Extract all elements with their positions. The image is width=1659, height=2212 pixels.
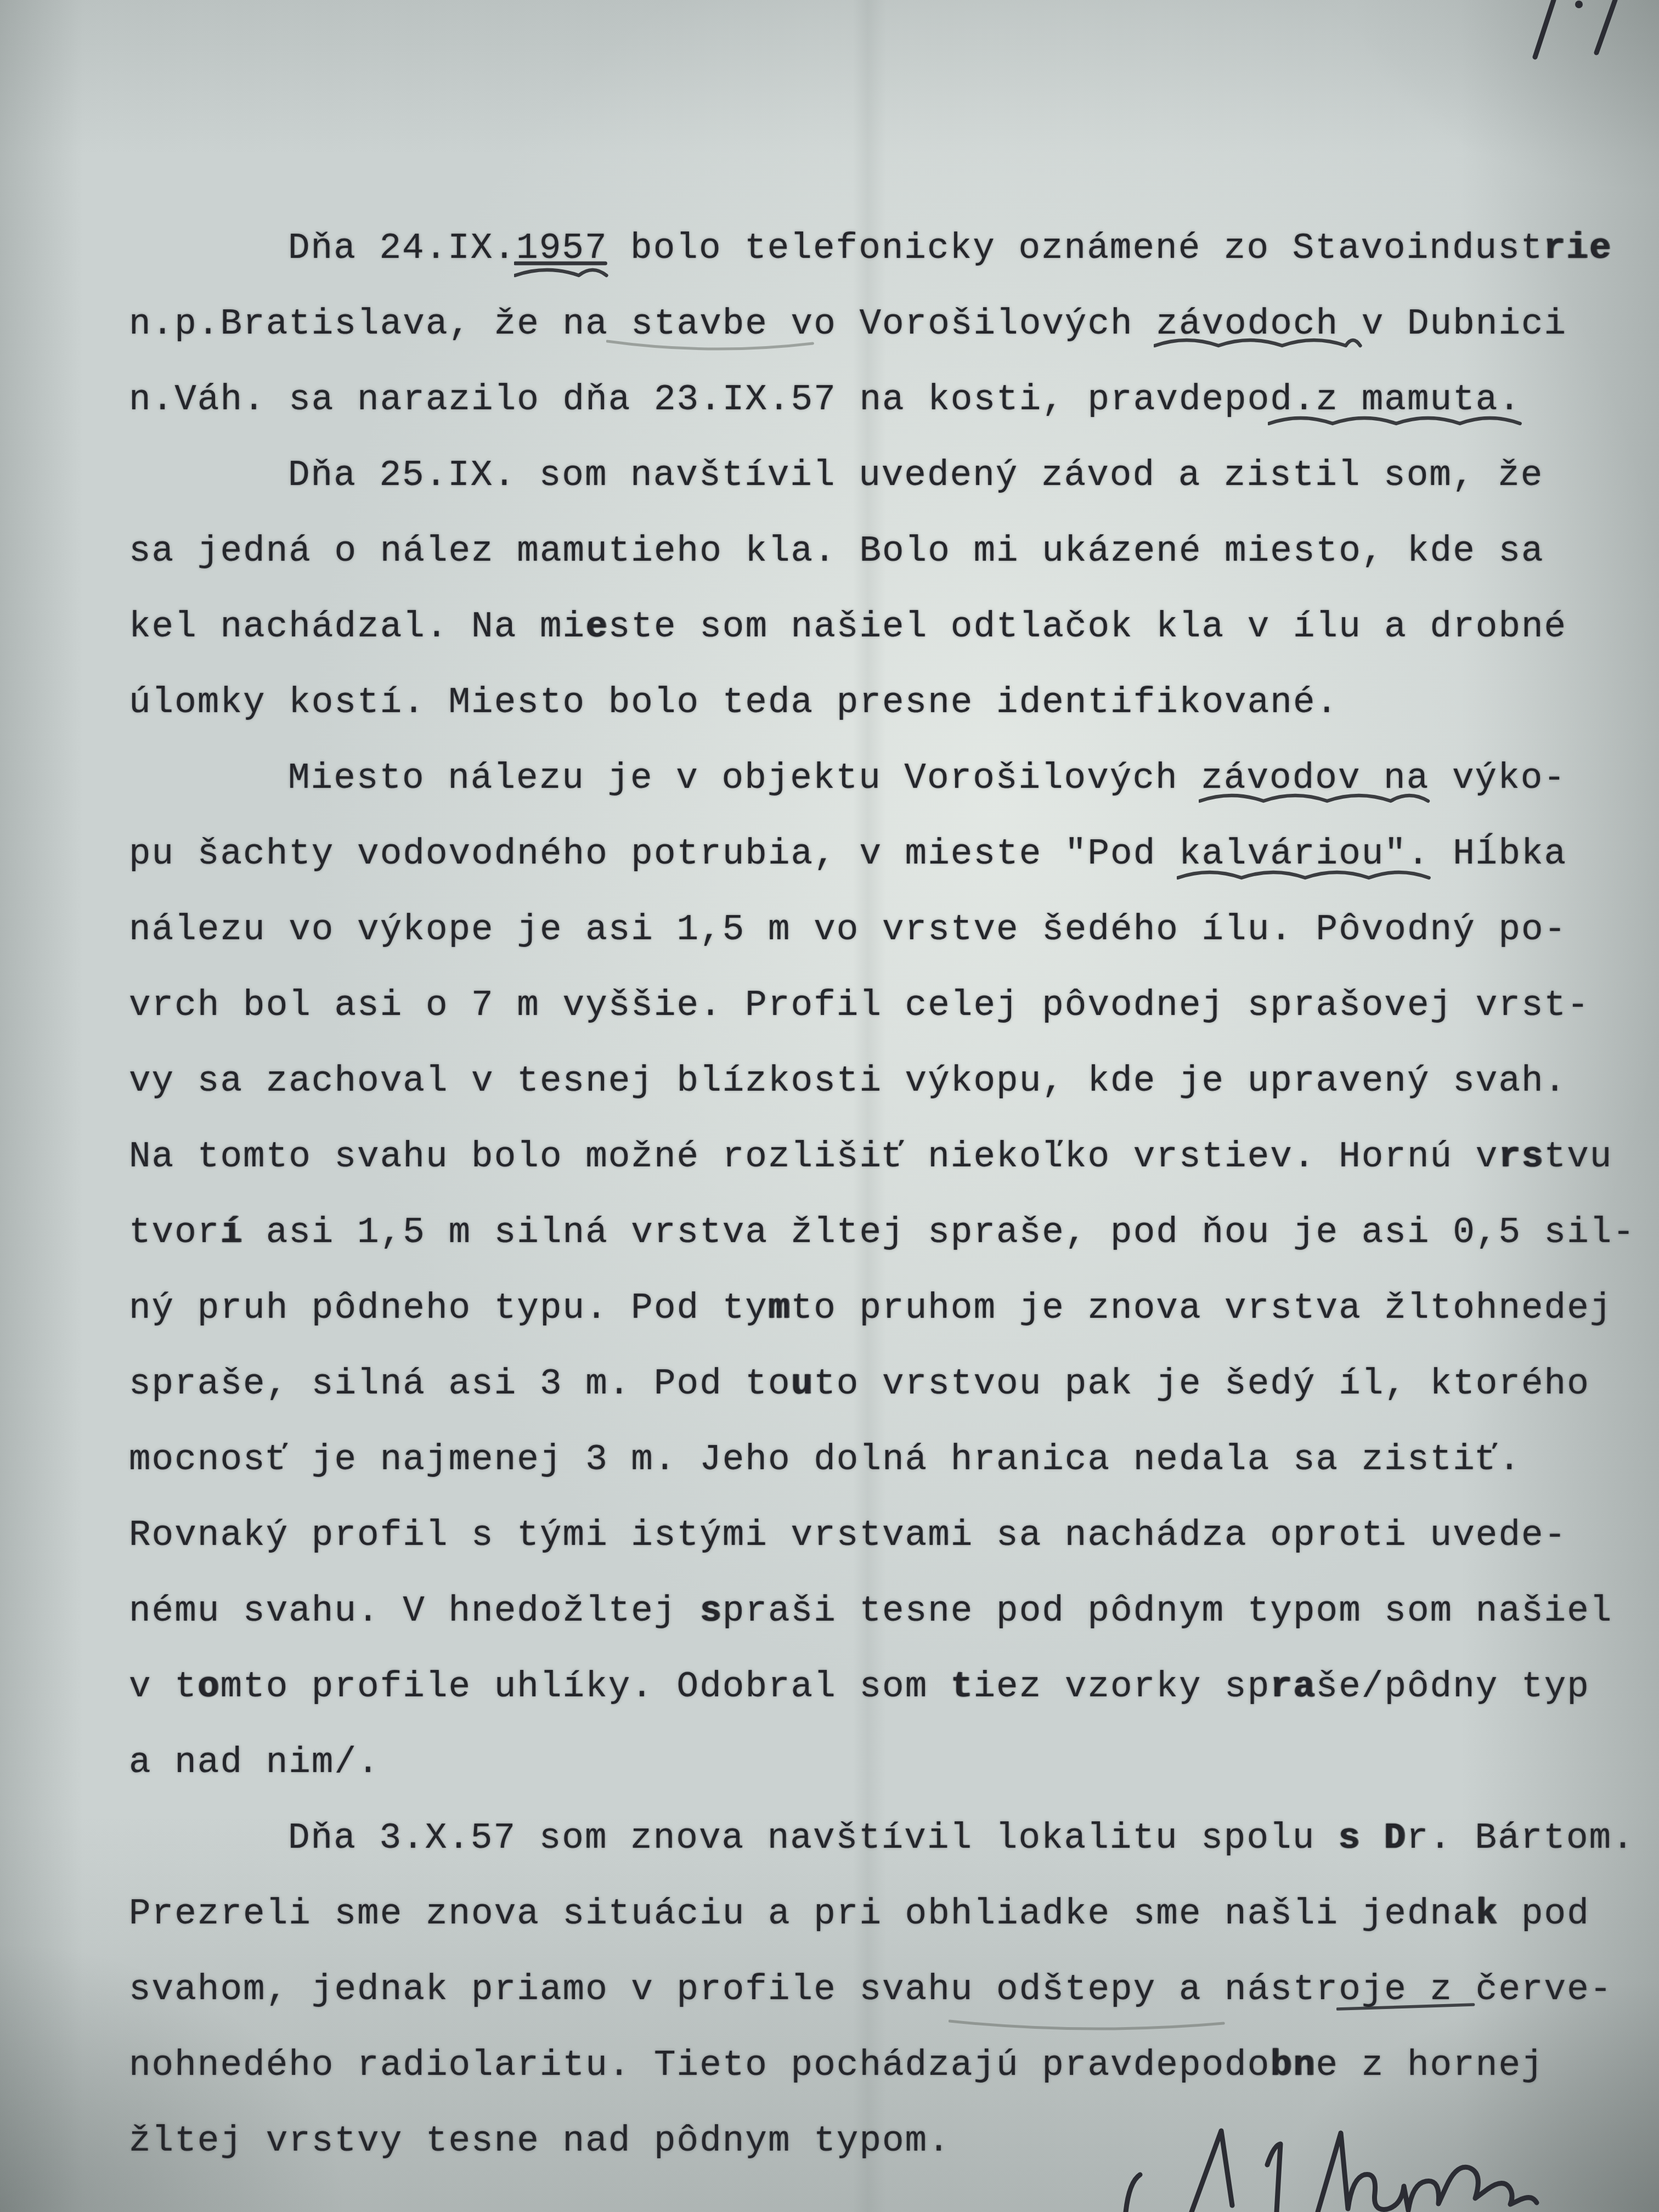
overstruck-text: u <box>791 1363 814 1404</box>
pen-underline <box>1199 792 1431 814</box>
overstruck-text: D <box>1384 1818 1407 1859</box>
overstruck-text: o <box>198 1666 221 1707</box>
text-line: spraše, silná asi 3 m. Pod touto vrstvou… <box>129 1365 1590 1406</box>
text-line: ný pruh pôdneho typu. Pod tymto pruhom j… <box>129 1289 1612 1330</box>
handwritten-page-number-strokes <box>1514 0 1659 66</box>
text-line: sa jedná o nález mamutieho kla. Bolo mi … <box>129 532 1544 573</box>
text-line: Dňa 25.IX. som navštívil uvedený závod a… <box>129 456 1543 497</box>
pen-underline <box>514 267 610 289</box>
overstruck-text: k <box>1476 1893 1499 1934</box>
pen-underline <box>1336 2001 1478 2023</box>
overstruck-text: s <box>1338 1818 1361 1859</box>
text-line: nohnedého radiolaritu. Tieto pochádzajú … <box>129 2046 1544 2087</box>
text-line: Miesto nálezu je v objektu Vorošilových … <box>129 759 1566 800</box>
overstruck-text: bn <box>1270 2045 1316 2086</box>
text-line: Dňa 24.IX.1957 bolo telefonicky oznámené… <box>129 229 1612 270</box>
text-line: a nad nim/. <box>129 1743 380 1784</box>
overstruck-text: m <box>768 1288 791 1329</box>
overstruck-text: s <box>699 1590 723 1632</box>
overstruck-text: í <box>220 1212 243 1253</box>
text-line: Prezreli sme znova situáciu a pri obhlia… <box>129 1895 1590 1936</box>
pen-underline <box>1154 337 1363 359</box>
text-line: tvorí asi 1,5 m silná vrstva žltej spraš… <box>129 1214 1635 1254</box>
text-line: žltej vrstvy tesne nad pôdnym typom. <box>129 2122 951 2163</box>
overstruck-text: rs <box>1498 1136 1544 1177</box>
text-line: n.p.Bratislava, že na stavbe vo Vorošilo… <box>129 305 1567 346</box>
text-line: pu šachty vodovodného potrubia, v mieste… <box>129 835 1567 876</box>
text-line: nálezu vo výkope je asi 1,5 m vo vrstve … <box>129 911 1567 951</box>
text-line: svahom, jednak priamo v profile svahu od… <box>129 1971 1612 2011</box>
text-line: úlomky kostí. Miesto bolo teda presne id… <box>129 684 1339 724</box>
text-block: Dňa 24.IX.1957 bolo telefonicky oznámené… <box>0 0 1659 2212</box>
text-line: mocnosť je najmenej 3 m. Jeho dolná hran… <box>129 1441 1521 1481</box>
text-line: n.Váh. sa narazilo dňa 23.IX.57 na kosti… <box>129 381 1521 421</box>
text-line: vrch bol asi o 7 m vyššie. Profil celej … <box>129 986 1590 1027</box>
text-line: kel nachádzal. Na mieste som našiel odtl… <box>129 608 1567 648</box>
overstruck-text: e <box>585 606 608 647</box>
text-line: Rovnaký profil s tými istými vrstvami sa… <box>129 1516 1567 1557</box>
handwritten-signature <box>1119 2108 1659 2212</box>
overstruck-text: rie <box>1543 228 1612 269</box>
pencil-underline <box>949 2018 1227 2040</box>
photographed-document: { "document": { "kind": "typewritten rep… <box>0 0 1659 2212</box>
pencil-underline <box>606 338 816 360</box>
typed-underline <box>514 258 610 280</box>
overstruck-text: ra <box>1270 1666 1316 1707</box>
pen-underline <box>1268 415 1523 437</box>
overstruck-text: t <box>951 1666 974 1707</box>
text-line: vy sa zachoval v tesnej blízkosti výkopu… <box>129 1062 1567 1103</box>
pen-underline <box>1177 869 1432 891</box>
text-line: v tomto profile uhlíky. Odobral som tiez… <box>129 1668 1590 1708</box>
text-line: Na tomto svahu bolo možné rozlišiť nieko… <box>129 1138 1612 1178</box>
text-line: Dňa 3.X.57 som znova navštívil lokalitu … <box>129 1819 1635 1860</box>
text-line: nému svahu. V hnedožltej spraši tesne po… <box>129 1592 1612 1633</box>
